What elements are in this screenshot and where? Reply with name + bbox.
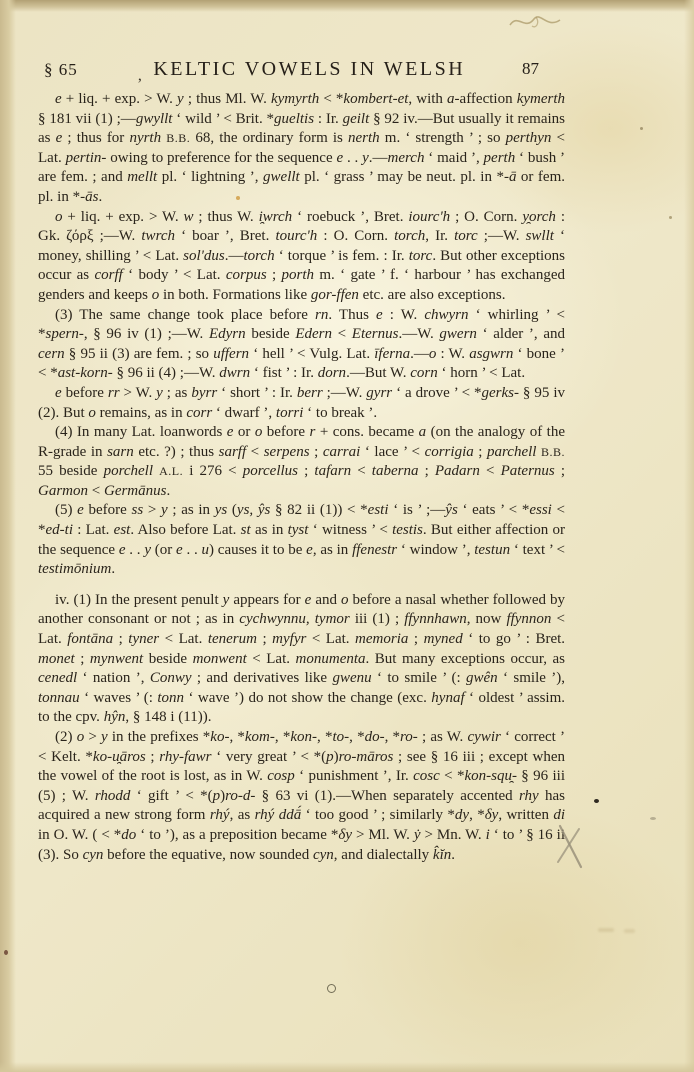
para-o-liq-exp: o + liq. + exp. > W. w ; thus W. i̯wrch … [38, 208, 565, 306]
page-edge-bottom [0, 1062, 694, 1072]
body-text: e + liq. + exp. > W. y ; thus Ml. W. kym… [38, 90, 565, 865]
para-e-before-rr: e before rr > W. y ; as byrr ‘ short ’ :… [38, 384, 565, 423]
faint-pencil-smudge [624, 929, 635, 933]
page-content: § 65 ,KELTIC VOWELS IN WELSH 87 e + liq.… [38, 56, 565, 90]
ink-speck [594, 799, 599, 803]
dust-speck [640, 127, 643, 130]
dust-speck [669, 216, 672, 219]
para-iv-2-prefixes: (2) o > y in the prefixes *ko-, *kom-, *… [38, 728, 565, 865]
orange-fleck [236, 196, 240, 200]
page-header: § 65 ,KELTIC VOWELS IN WELSH 87 [38, 56, 565, 90]
page-edge-left [0, 0, 16, 1072]
para-e-liq-exp: e + liq. + exp. > W. y ; thus Ml. W. kym… [38, 90, 565, 208]
running-title: KELTIC VOWELS IN WELSH [153, 58, 465, 80]
para-5-e-before-ss: (5) e before ss > y ; as in ys (ys, ŷs §… [38, 501, 565, 579]
ink-smudge-speck [650, 817, 656, 820]
running-title-wrap: ,KELTIC VOWELS IN WELSH [38, 58, 565, 81]
faint-pencil-smudge [598, 928, 614, 932]
red-speck-left-edge [4, 950, 8, 955]
book-page: § 65 ,KELTIC VOWELS IN WELSH 87 e + liq.… [0, 0, 694, 1072]
para-iv-1-present-penult: iv. (1) In the present penult y appears … [38, 591, 565, 728]
page-number: 87 [522, 59, 539, 79]
page-edge-right [684, 0, 694, 1072]
para-4-lat-loanwords: (4) In many Lat. loanwords e or o before… [38, 423, 565, 501]
stray-comma-mark: , [138, 67, 145, 85]
para-3-change-before-rn: (3) The same change took place before rn… [38, 306, 565, 384]
pencil-squiggle-mark [505, 8, 567, 36]
page-edge-top [0, 0, 694, 12]
ink-ring-speck [327, 984, 336, 993]
